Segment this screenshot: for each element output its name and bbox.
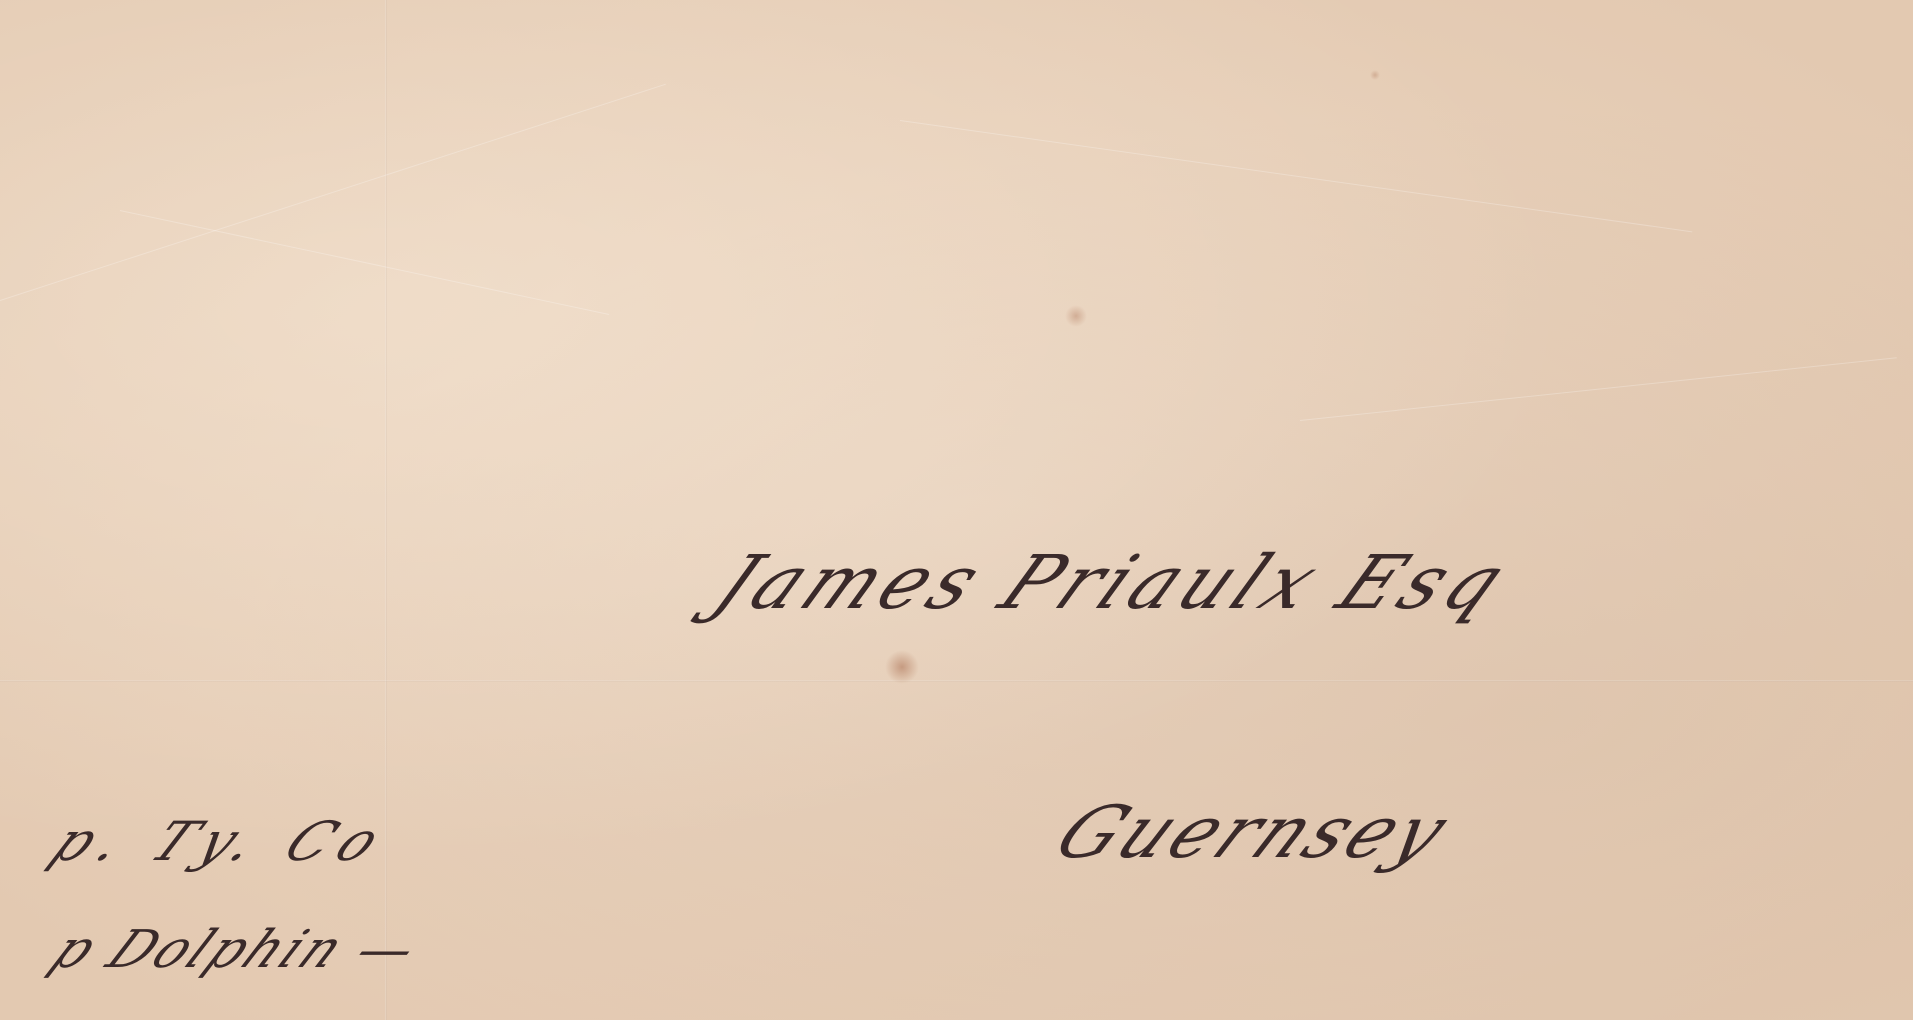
envelope-sheet: James Priaulx Esq Guernsey p. Ty. Co p D… <box>0 0 1913 1020</box>
paper-crease <box>0 84 666 301</box>
paper-crease <box>900 120 1692 232</box>
foxing-spot <box>1370 70 1380 80</box>
routing-endorsement-line-2: p Dolphin — <box>40 920 433 980</box>
vertical-fold-line <box>385 0 387 1020</box>
routing-endorsement-line-1: p. Ty. Co <box>40 810 403 873</box>
horizontal-fold-line <box>0 680 1913 682</box>
foxing-spot <box>1065 305 1087 327</box>
address-location: Guernsey <box>1040 790 1468 874</box>
foxing-spot <box>885 650 919 684</box>
paper-crease <box>120 210 609 315</box>
addressee-name: James Priaulx Esq <box>700 540 1526 626</box>
paper-crease <box>1300 357 1897 421</box>
